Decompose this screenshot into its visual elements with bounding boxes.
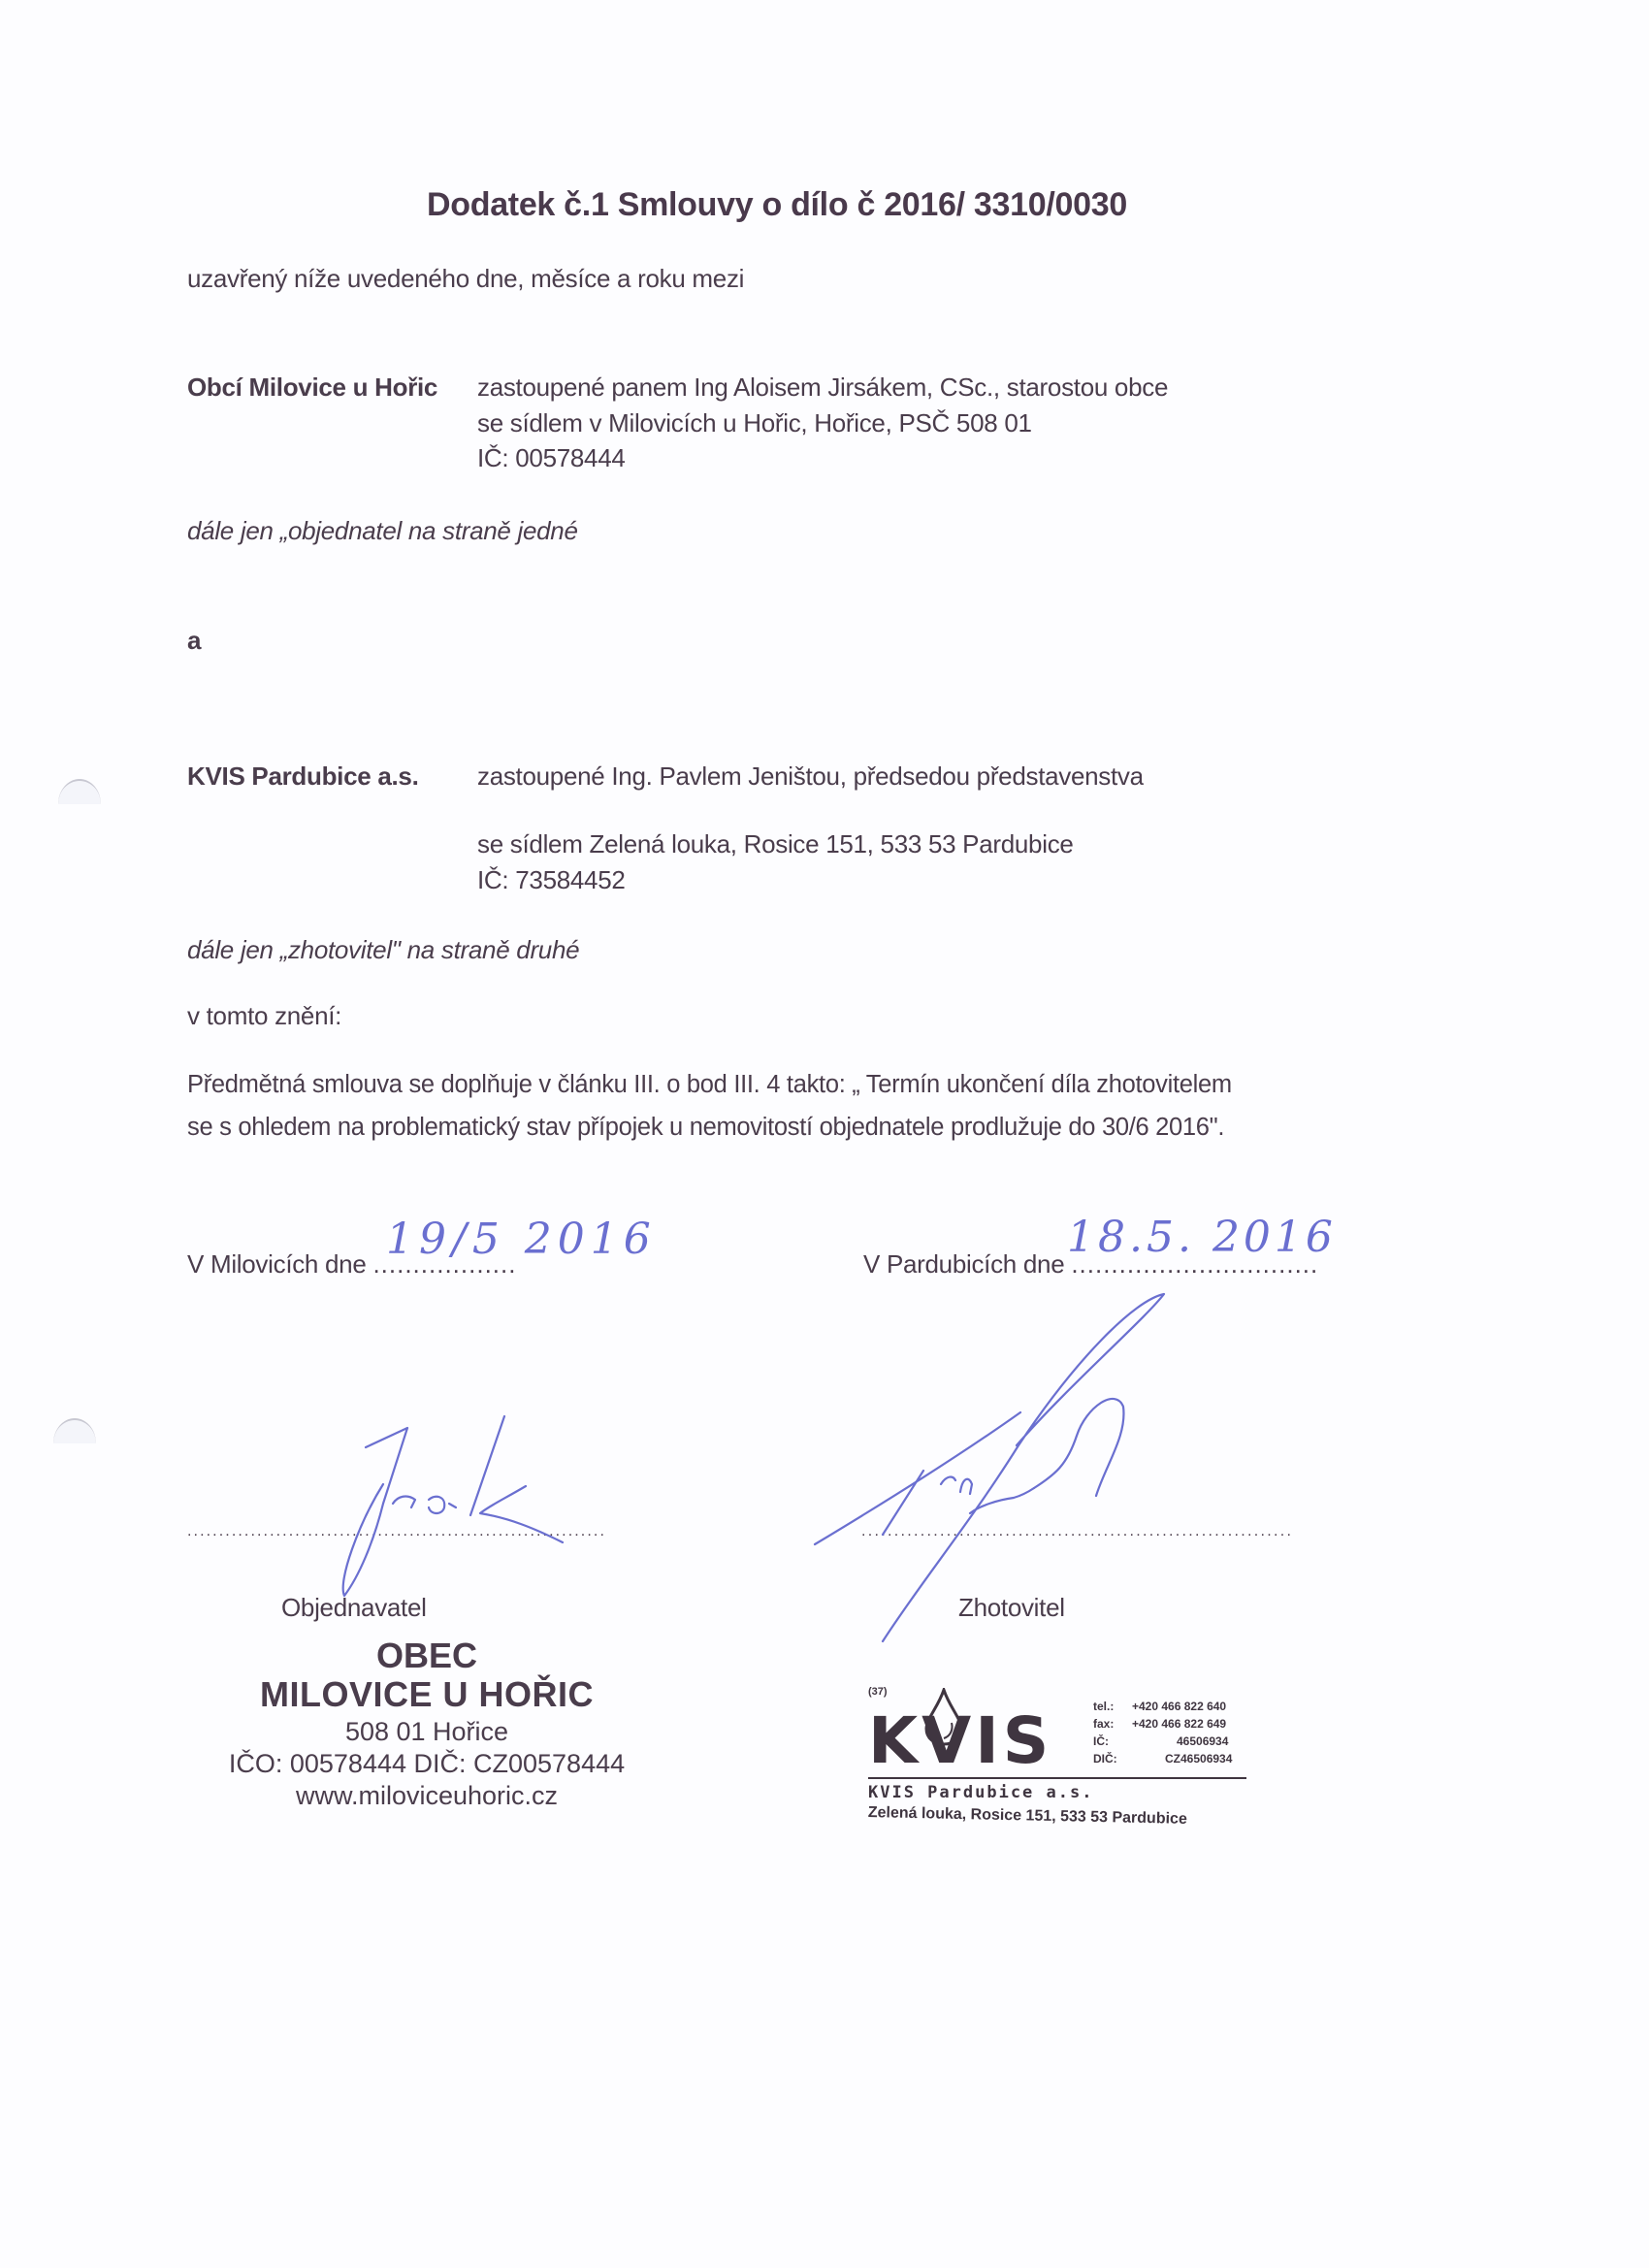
kvis-dic-label: DIČ:: [1093, 1752, 1117, 1766]
stamp-line-2: MILOVICE U HOŘIC: [194, 1674, 660, 1715]
right-role-label: Zhotovitel: [958, 1593, 1065, 1623]
kvis-fax: +420 466 822 649: [1132, 1717, 1226, 1731]
left-handwritten-date: 19/5 2016: [386, 1215, 657, 1264]
party2-name: KVIS Pardubice a.s.: [187, 761, 419, 792]
party1-representative: zastoupené panem Ing Aloisem Jirsákem, C…: [477, 373, 1168, 403]
kvis-stamp-number: (37): [868, 1686, 888, 1698]
party2-address: se sídlem Zelená louka, Rosice 151, 533 …: [477, 829, 1074, 859]
right-place-label: V Pardubicích dne: [863, 1249, 1064, 1279]
punch-hole-top: [58, 779, 101, 804]
stamp-line-5: www.miloviceuhoric.cz: [194, 1781, 660, 1811]
kvis-company-name: KVIS Pardubice a.s.: [868, 1783, 1093, 1802]
kvis-stamp: (37) KVIS tel.: +420 466 822 640 fax: +4…: [868, 1686, 1246, 1841]
conjunction: a: [187, 626, 201, 656]
kvis-ic-label: IČ:: [1093, 1734, 1109, 1748]
kvis-tel: +420 466 822 640: [1132, 1700, 1226, 1713]
municipality-stamp: OBEC MILOVICE U HOŘIC 508 01 Hořice IČO:…: [194, 1636, 660, 1811]
left-place-label: V Milovicích dne: [187, 1249, 367, 1279]
right-handwritten-date: 18.5. 2016: [1067, 1213, 1337, 1262]
kvis-tel-label: tel.:: [1093, 1700, 1114, 1713]
party1-role: dále jen „objednatel na straně jedné: [187, 516, 578, 546]
left-role-label: Objednavatel: [281, 1593, 427, 1623]
party1-address: se sídlem v Milovicích u Hořic, Hořice, …: [477, 408, 1032, 438]
party2-role: dále jen „zhotovitel" na straně druhé: [187, 935, 579, 965]
stamp-line-1: OBEC: [194, 1636, 660, 1676]
kvis-dic: CZ46506934: [1165, 1752, 1232, 1766]
party2-ic: IČ: 73584452: [477, 865, 626, 895]
intro-text: uzavřený níže uvedeného dne, měsíce a ro…: [187, 264, 744, 294]
wording-intro: v tomto znění:: [187, 1001, 341, 1031]
kvis-company-address: Zelená louka, Rosice 151, 533 53 Pardubi…: [868, 1804, 1187, 1829]
amendment-line-1: Předmětná smlouva se doplňuje v článku I…: [187, 1071, 1232, 1099]
kvis-logo-underline: [868, 1777, 1246, 1779]
party1-name: Obcí Milovice u Hořic: [187, 373, 437, 403]
kvis-ic: 46506934: [1177, 1734, 1228, 1748]
stamp-line-3: 508 01 Hořice: [194, 1717, 660, 1747]
kvis-logo: KVIS: [868, 1703, 1052, 1778]
party1-ic: IČ: 00578444: [477, 443, 626, 473]
party2-representative: zastoupené Ing. Pavlem Jeništou, předsed…: [477, 761, 1144, 792]
kvis-fax-label: fax:: [1093, 1717, 1114, 1731]
document-title: Dodatek č.1 Smlouvy o dílo č 2016/ 3310/…: [427, 186, 1127, 224]
stamp-line-4: IČO: 00578444 DIČ: CZ00578444: [194, 1749, 660, 1779]
amendment-line-2: se s ohledem na problematický stav přípo…: [187, 1114, 1224, 1142]
punch-hole-bottom: [53, 1418, 96, 1443]
